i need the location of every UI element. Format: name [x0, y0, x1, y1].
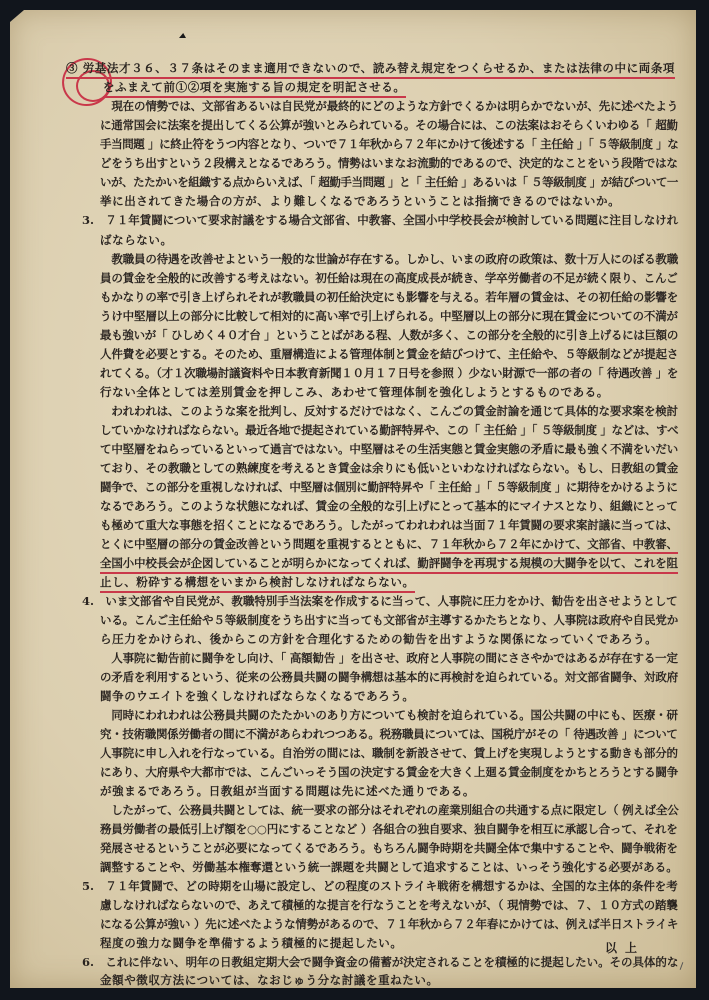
- text-line: 手当問題 」に終止符をうつ内容となり、ついで７１年秋から７２年にかけて後述する「…: [100, 136, 678, 152]
- text-line: 4. いま文部省や自民党が、教職特別手当法案を作成するに当って、人事院に圧力をか…: [82, 593, 678, 609]
- text-line: て中堅層をねらっているといって過言ではない。中堅層はその生活実態と賃金実態の矛盾…: [100, 441, 678, 457]
- text-line: 最も強いが「 ひしめく４０才台 」ということばがある程、人数が多く、この部分を全…: [100, 327, 678, 343]
- text-line: 現在の情勢では、文部省あるいは自民党が最終的にどのような方針でくるかは明らかでな…: [100, 98, 678, 114]
- text-line: 調整することや、労働基本権奪還という統一課題を共闘として追求することは、いっそう…: [100, 859, 678, 875]
- text-line: 金額や徴収方法については、なおじゅう分な討議を重ねたい。: [100, 972, 439, 988]
- text-line: 行ない全体としては差別賃金を押しこみ、あわせて管理体制を強化しようとするものであ…: [100, 384, 609, 400]
- text-line: に通常国会に法案を提出してくる公算が強いとみられている。その場合には、この法案は…: [100, 117, 678, 133]
- text-line: にあり、大府県や大都市では、こんごいっそう国の決定する賃金を大きく上廻る賃金制度…: [100, 764, 678, 780]
- text-line: 止し、粉砕する構想をいまから検討しなければならない。: [100, 574, 415, 593]
- text-line: ており、その教職としての熟練度を考えるとき賃金は余りにも低いといわなければならな…: [100, 460, 678, 476]
- text-line: われわれは、このような案を批判し、反対するだけではなく、こんごの賃金討論を通じて…: [100, 403, 678, 419]
- text-line: なるであろう。このような状態になれば、賃金の全般的な引上げにとって基本的にマイナ…: [100, 498, 678, 514]
- text-line: 闘争で、この部分を重視しなければ、中堅層は個別に勤評特昇や「 主任給 」「 ５等…: [100, 479, 678, 495]
- text-line: 3. ７１年賃闘について要求討議をする場合文部省、中教審、全国小中学校長会が検討…: [82, 212, 678, 228]
- text-line: いが、たたかいを組織する点からいえば、「 超勤手当問題 」と「 主任給 」あるい…: [100, 174, 678, 190]
- text-line: になる公算が強い ）先に述べたような情勢があるので、７１年秋から７２年春にかけて…: [100, 916, 678, 932]
- text-line: ③ 労基法才３６、３７条はそのまま適用できないので、読み替え規定をつくらせるか、…: [66, 60, 675, 79]
- text-line: 人件費を必要とする。そのため、重層構造による管理体制と賃金を結びつけて、主任給や…: [100, 346, 678, 362]
- text-line: いる。こんご主任給や５等級制度をうち出すに当っても文部省が主導するかたちとなり、…: [100, 612, 678, 628]
- text-line: 挙に出されてきた場合の方が、より難しくなるであろうということは指摘できるのではな…: [100, 193, 620, 209]
- text-line: したがって、公務員共闘としては、統一要求の部分はそれぞれの産業別組合の共通する点…: [100, 802, 678, 818]
- text-line: 務員労働者の最低引上げ額を○○円にすることなど ）各組合の独自要求、独自闘争を相…: [100, 821, 678, 837]
- text-line: 6. これに伴ない、明年の日教組定期大会で闘争資金の備蓄が決定されることを積極的…: [82, 954, 678, 970]
- text-line: の矛盾を利用するという、従来の公務員共闘の闘争構想は基本的に再検討を迫られている…: [100, 669, 678, 685]
- text-line: 全国小中校長会が企図していることが明らかになってくれば、勤評闘争を再現する規模の…: [100, 555, 678, 574]
- text-line: 教職員の待遇を改善せよという一般的な世論が存在する。しかし、いまの政府の政策は、…: [100, 251, 678, 267]
- text-line: も極めて重大な事態を招くことになるであろう。したがってわれわれは当面７１年賃闘の…: [100, 517, 678, 533]
- text-line: 人事院に勧告前に闘争をし向け、「 高額勧告 」を出させ、政府と人事院の間にささや…: [100, 650, 678, 666]
- text-line: ばならない。: [100, 232, 173, 248]
- text-line: が強まるであろう。日教組が当面する問題は先に述べた通りである。: [100, 783, 475, 799]
- text-line: 発展させるということが必要になってくるであろう。もちろん闘争時期を共闘全体で集中…: [100, 840, 678, 856]
- text-line: していかなければならない。最近各地で提起されている勤評特昇や、この「 主任給 」…: [100, 422, 678, 438]
- text-line: 闘争のウエイトを強くしなければならなくなるであろう。: [100, 688, 414, 704]
- text-line: とくに中堅層の部分の賃金改善という問題を重視するとともに、７１年秋から７２年にか…: [100, 536, 678, 552]
- closing-remark: 以上: [605, 939, 645, 956]
- document-body: ③ 労基法才３６、３７条はそのまま適用できないので、読み替え規定をつくらせるか、…: [0, 0, 709, 1000]
- text-line: 人事院に申し入れを行なっている。自治労の間には、職制を新設させて、賃上げを実現し…: [100, 745, 678, 761]
- text-line: 員の賃金を全般的に改善する考えはない。初任給は現在の高度成長が続き、学卒労働者の…: [100, 270, 678, 286]
- text-line: 究・技術職関係労働者の間に不満があらわれつつある。税務職員については、国税庁がそ…: [100, 726, 678, 742]
- text-line: 5. ７１年賃闘で、どの時期を山場に設定し、どの程度のストライキ戦術を構想するか…: [82, 878, 678, 894]
- text-line: 程度の強力な闘争を準備するよう積極的に提起したい。: [100, 935, 403, 951]
- text-line: れてくる。（才１次職場討議資料や日本教育新聞１０月１７日号を参照 ）少ない財源で…: [100, 365, 678, 381]
- text-line: もかなりの率で引き上げられそれが教職員の初任給決定にも影響を与える。若年層の賃金…: [100, 289, 678, 305]
- text-line: どをうち出すという２段構えとなるであろう。情勢はいまなお流動的であるので、決定的…: [100, 155, 678, 171]
- text-line: 慮しなければならないので、あえて積極的な提言を行なうことを考えないが、（ 現情勢…: [100, 897, 678, 913]
- text-line: うけ中堅層以上の部分に比較して相対的に高い率で引上げられる。中堅層以上の部分に現…: [100, 308, 678, 324]
- text-line: ら圧力をかけられ、後からこの方針を合理化するための勧告を出すような関係になってい…: [100, 631, 657, 647]
- text-line: をふまえて前①②項を実施する旨の規定を明記させる。: [103, 79, 406, 98]
- text-line: 同時にわれわれは公務員共闘のたたかいのあり方についても検討を迫られている。国公共…: [100, 707, 678, 723]
